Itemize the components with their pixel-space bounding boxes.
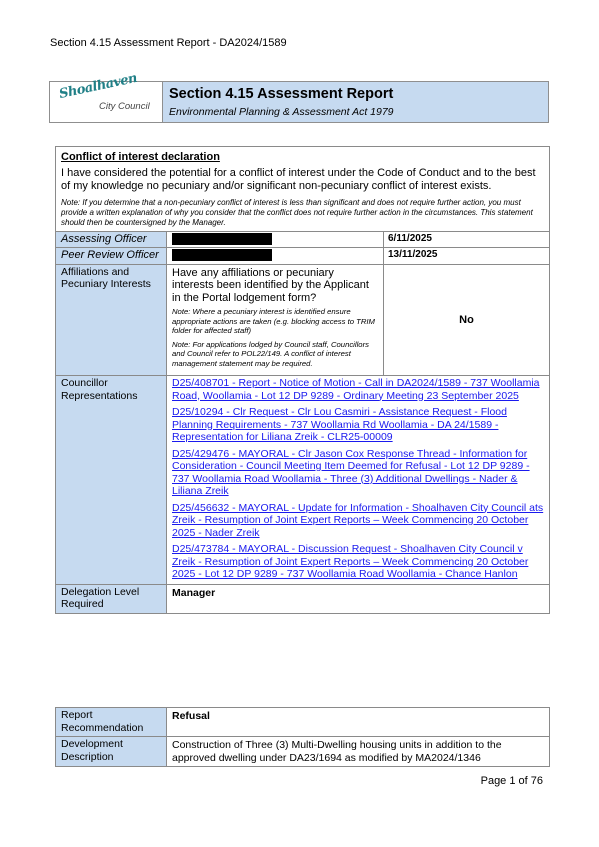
table-row: Assessing Officer 6/11/2025: [56, 231, 550, 248]
conflict-declaration-note: Note: If you determine that a non-pecuni…: [61, 198, 544, 228]
table-row: Councillor Representations D25/408701 - …: [56, 376, 550, 585]
redaction-block: [172, 233, 272, 245]
page-number: Page 1 of 76: [481, 775, 543, 787]
logo-cell: Shoalhaven City Council: [50, 82, 163, 123]
affiliations-question: Have any affiliations or pecuniary inter…: [172, 267, 378, 305]
logo-secondary-text: City Council: [99, 101, 150, 112]
conflict-declaration-cell: Conflict of interest declaration I have …: [56, 147, 550, 232]
title-cell: Section 4.15 Assessment Report Environme…: [163, 82, 549, 123]
peer-review-officer-date: 13/11/2025: [384, 248, 550, 265]
running-header: Section 4.15 Assessment Report - DA2024/…: [50, 37, 287, 49]
table-row: Affiliations and Pecuniary Interests Hav…: [56, 264, 550, 376]
representation-link[interactable]: D25/429476 - MAYORAL - Clr Jason Cox Res…: [172, 448, 544, 498]
report-title: Section 4.15 Assessment Report: [169, 85, 542, 103]
redaction-block: [172, 249, 272, 261]
shoalhaven-logo: Shoalhaven City Council: [59, 87, 159, 117]
representation-link[interactable]: D25/473784 - MAYORAL - Discussion Reques…: [172, 543, 544, 581]
representation-link[interactable]: D25/10294 - Clr Request - Clr Lou Casmir…: [172, 406, 544, 444]
councillor-representations-links: D25/408701 - Report - Notice of Motion -…: [167, 376, 550, 585]
representation-link[interactable]: D25/456632 - MAYORAL - Update for Inform…: [172, 502, 544, 540]
conflict-declaration-statement: I have considered the potential for a co…: [61, 167, 544, 193]
delegation-label: Delegation Level Required: [56, 584, 167, 613]
logo-primary-text: Shoalhaven: [58, 71, 138, 102]
table-row: Peer Review Officer 13/11/2025: [56, 248, 550, 265]
development-description-label: Development Description: [56, 737, 167, 767]
recommendation-table: Report Recommendation Refusal Developmen…: [55, 707, 550, 767]
recommendation-label: Report Recommendation: [56, 708, 167, 737]
peer-review-officer-name: [167, 248, 384, 265]
affiliations-label: Affiliations and Pecuniary Interests: [56, 264, 167, 376]
table-row: Report Recommendation Refusal: [56, 708, 550, 737]
affiliations-question-cell: Have any affiliations or pecuniary inter…: [167, 264, 384, 376]
development-description-value: Construction of Three (3) Multi-Dwelling…: [167, 737, 550, 767]
conflict-declaration-title: Conflict of interest declaration: [61, 151, 544, 164]
affiliations-answer: No: [384, 264, 550, 376]
delegation-value: Manager: [167, 584, 550, 613]
report-subtitle: Environmental Planning & Assessment Act …: [169, 104, 542, 120]
representation-link[interactable]: D25/408701 - Report - Notice of Motion -…: [172, 377, 544, 402]
affiliations-note: Note: For applications lodged by Council…: [172, 340, 378, 369]
assessing-officer-date: 6/11/2025: [384, 231, 550, 248]
table-row: Delegation Level Required Manager: [56, 584, 550, 613]
assessing-officer-label: Assessing Officer: [56, 231, 167, 248]
affiliations-note: Note: Where a pecuniary interest is iden…: [172, 307, 378, 336]
table-row: Development Description Construction of …: [56, 737, 550, 767]
conflict-of-interest-table: Conflict of interest declaration I have …: [55, 146, 550, 614]
assessing-officer-name: [167, 231, 384, 248]
councillor-representations-label: Councillor Representations: [56, 376, 167, 585]
report-header-table: Shoalhaven City Council Section 4.15 Ass…: [49, 81, 549, 123]
peer-review-officer-label: Peer Review Officer: [56, 248, 167, 265]
recommendation-value: Refusal: [167, 708, 550, 737]
